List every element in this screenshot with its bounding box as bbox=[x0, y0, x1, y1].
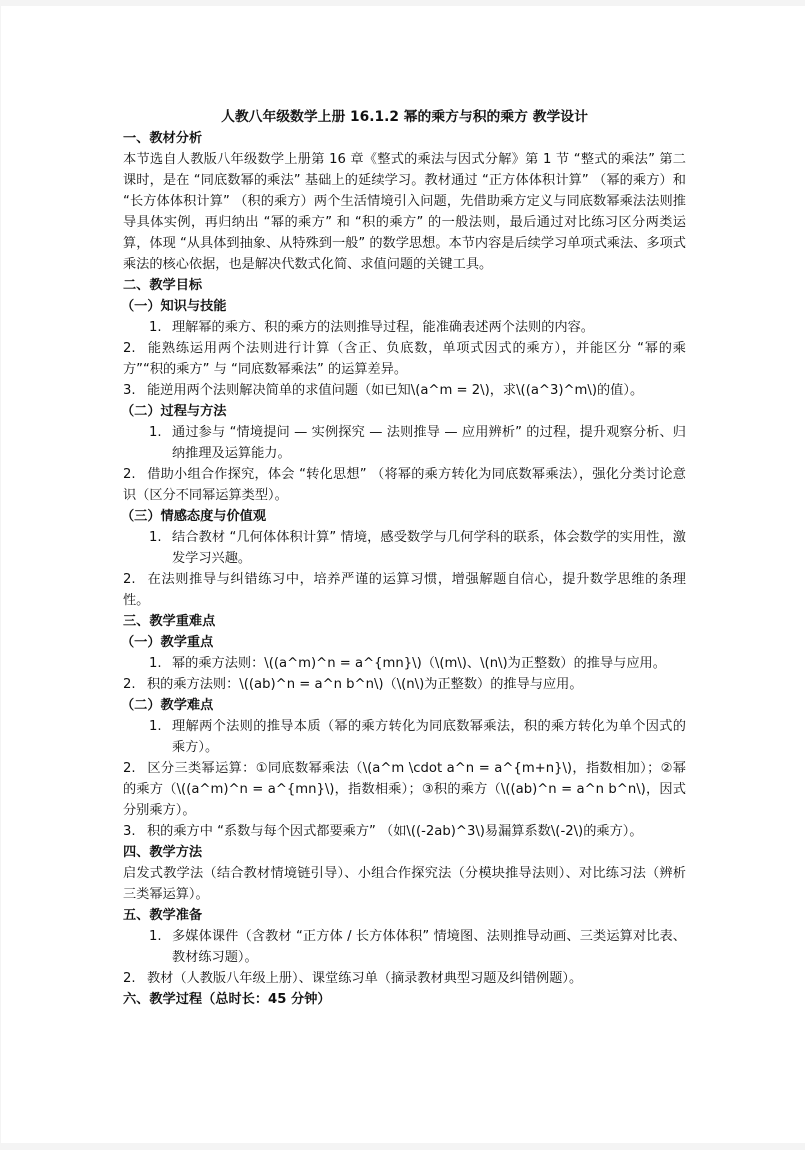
subheading-knowledge-skills: （一）知识与技能 bbox=[123, 296, 686, 317]
list-item: 1. 幂的乘方法则：\((a^m)^n = a^{mn}\)（\(m\)、\(n… bbox=[123, 653, 686, 674]
section-heading-teaching-process: 六、教学过程（总时长：45 分钟） bbox=[123, 989, 686, 1010]
list-text: 通过参与 “情境提问 — 实例探究 — 法则推导 — 应用辨析” 的过程，提升观… bbox=[172, 425, 686, 461]
list-text: 能熟练运用两个法则进行计算（含正、负底数，单项式因式的乘方），并能区分 “幂的乘… bbox=[123, 341, 686, 377]
list-number: 2. bbox=[123, 674, 147, 695]
list-item: 2.教材（人教版八年级上册）、课堂练习单（摘录教材典型习题及纠错例题）。 bbox=[123, 968, 686, 989]
list-text: 积的乘方中 “系数与每个因式都要乘方” （如\((-2ab)^3\)易漏算系数\… bbox=[147, 824, 643, 839]
list-number: 2. bbox=[123, 758, 147, 779]
list-text: 理解两个法则的推导本质（幂的乘方转化为同底数幂乘法，积的乘方转化为单个因式的乘方… bbox=[172, 719, 686, 755]
list-number: 2. bbox=[123, 338, 147, 359]
list-number: 3. bbox=[123, 380, 147, 401]
document-content: 人教八年级数学上册 16.1.2 幂的乘方与积的乘方 教学设计 一、教材分析 本… bbox=[123, 107, 686, 1010]
list-text: 积的乘方法则：\((ab)^n = a^n b^n\)（\(n\)为正整数）的推… bbox=[147, 677, 583, 692]
subheading-process-methods: （二）过程与方法 bbox=[123, 401, 686, 422]
list-item: 1. 多媒体课件（含教材 “正方体 / 长方体体积” 情境图、法则推导动画、三类… bbox=[123, 926, 686, 968]
list-item: 3.积的乘方中 “系数与每个因式都要乘方” （如\((-2ab)^3\)易漏算系… bbox=[123, 821, 686, 842]
material-analysis-paragraph: 本节选自人教版八年级数学上册第 16 章《整式的乘法与因式分解》第 1 节 “整… bbox=[123, 149, 686, 275]
list-text: 幂的乘方法则：\((a^m)^n = a^{mn}\)（\(m\)、\(n\)为… bbox=[172, 656, 666, 671]
list-text: 多媒体课件（含教材 “正方体 / 长方体体积” 情境图、法则推导动画、三类运算对… bbox=[172, 929, 686, 965]
list-item: 2.能熟练运用两个法则进行计算（含正、负底数，单项式因式的乘方），并能区分 “幂… bbox=[123, 338, 686, 380]
list-item: 2.借助小组合作探究，体会 “转化思想” （将幂的乘方转化为同底数幂乘法），强化… bbox=[123, 464, 686, 506]
section-heading-key-difficult-points: 三、教学重难点 bbox=[123, 611, 686, 632]
list-number: 1. bbox=[149, 527, 162, 548]
list-item: 2.在法则推导与纠错练习中，培养严谨的运算习惯，增强解题自信心，提升数学思维的条… bbox=[123, 569, 686, 611]
list-text: 在法则推导与纠错练习中，培养严谨的运算习惯，增强解题自信心，提升数学思维的条理性… bbox=[123, 572, 686, 608]
list-text: 能逆用两个法则解决简单的求值问题（如已知\(a^m = 2\)，求\((a^3)… bbox=[147, 383, 643, 398]
list-number: 3. bbox=[123, 821, 147, 842]
list-number: 2. bbox=[123, 569, 147, 590]
list-item: 1. 理解幂的乘方、积的乘方的法则推导过程，能准确表述两个法则的内容。 bbox=[123, 317, 686, 338]
section-heading-material-analysis: 一、教材分析 bbox=[123, 128, 686, 149]
list-number: 2. bbox=[123, 464, 147, 485]
section-heading-teaching-preparation: 五、教学准备 bbox=[123, 905, 686, 926]
section-heading-teaching-methods: 四、教学方法 bbox=[123, 842, 686, 863]
section-heading-teaching-goals: 二、教学目标 bbox=[123, 275, 686, 296]
list-number: 1. bbox=[149, 317, 162, 338]
list-text: 区分三类幂运算：①同底数幂乘法（\(a^m \cdot a^n = a^{m+n… bbox=[123, 761, 686, 818]
document-page: 人教八年级数学上册 16.1.2 幂的乘方与积的乘方 教学设计 一、教材分析 本… bbox=[1, 6, 805, 1143]
list-number: 2. bbox=[123, 968, 147, 989]
list-number: 1. bbox=[149, 926, 162, 947]
subheading-key-points: （一）教学重点 bbox=[123, 632, 686, 653]
list-text: 教材（人教版八年级上册）、课堂练习单（摘录教材典型习题及纠错例题）。 bbox=[147, 971, 582, 986]
list-item: 1. 通过参与 “情境提问 — 实例探究 — 法则推导 — 应用辨析” 的过程，… bbox=[123, 422, 686, 464]
list-item: 1. 结合教材 “几何体体积计算” 情境，感受数学与几何学科的联系，体会数学的实… bbox=[123, 527, 686, 569]
teaching-methods-paragraph: 启发式教学法（结合教材情境链引导）、小组合作探究法（分模块推导法则）、对比练习法… bbox=[123, 863, 686, 905]
subheading-attitudes-values: （三）情感态度与价值观 bbox=[123, 506, 686, 527]
list-item: 1. 理解两个法则的推导本质（幂的乘方转化为同底数幂乘法，积的乘方转化为单个因式… bbox=[123, 716, 686, 758]
list-item: 3.能逆用两个法则解决简单的求值问题（如已知\(a^m = 2\)，求\((a^… bbox=[123, 380, 686, 401]
list-number: 1. bbox=[149, 422, 162, 443]
list-number: 1. bbox=[149, 653, 162, 674]
list-text: 借助小组合作探究，体会 “转化思想” （将幂的乘方转化为同底数幂乘法），强化分类… bbox=[123, 467, 686, 503]
list-item: 2.区分三类幂运算：①同底数幂乘法（\(a^m \cdot a^n = a^{m… bbox=[123, 758, 686, 821]
list-text: 理解幂的乘方、积的乘方的法则推导过程，能准确表述两个法则的内容。 bbox=[172, 320, 594, 335]
list-text: 结合教材 “几何体体积计算” 情境，感受数学与几何学科的联系，体会数学的实用性，… bbox=[172, 530, 686, 566]
list-number: 1. bbox=[149, 716, 162, 737]
list-item: 2.积的乘方法则：\((ab)^n = a^n b^n\)（\(n\)为正整数）… bbox=[123, 674, 686, 695]
subheading-difficult-points: （二）教学难点 bbox=[123, 695, 686, 716]
document-title: 人教八年级数学上册 16.1.2 幂的乘方与积的乘方 教学设计 bbox=[123, 107, 686, 128]
